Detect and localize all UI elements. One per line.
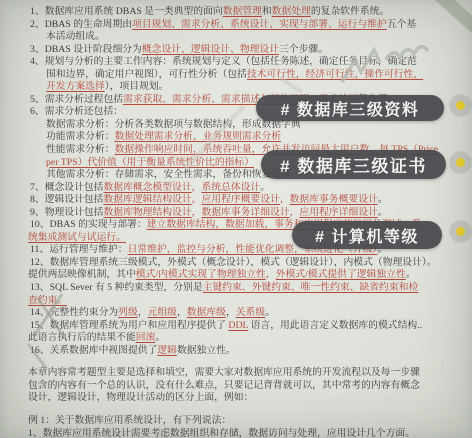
text-segment: 其他需求分析：存储需求，安全性需求，备份和恢复需求 bbox=[46, 169, 291, 180]
text-segment: 外模式/模式提供了逻辑独立性 bbox=[276, 269, 406, 280]
text-segment: 。 bbox=[406, 269, 416, 280]
text-line: 功能需求分析：数据处理需求分析，业务规则需求分析 bbox=[0, 131, 472, 144]
text-segment: 设计，逻辑设计，物理设计活动的区分上面，例如： bbox=[28, 392, 253, 403]
yellow-dot-icon bbox=[450, 152, 471, 173]
text-segment: 数据独立性。 bbox=[177, 345, 236, 356]
tag-label: # 数据库三级证书 bbox=[280, 152, 427, 177]
text-segment: 关系级 bbox=[236, 307, 265, 318]
text-segment: 数据库级 bbox=[187, 307, 226, 318]
text-segment: 本章内容常考题型主要是选择和填空，需要大家对数据库应用系统的开发流程以及每一步骤 bbox=[28, 367, 420, 378]
text-segment: 数据库逻辑结构设计 bbox=[103, 194, 191, 205]
text-line: 7、概念设计包括数据库概念模型设计，系统总体设计。 bbox=[0, 182, 472, 195]
text-line: 设计，逻辑设计，物理设计活动的区分上面，例如： bbox=[0, 392, 472, 405]
tag-badge-database-l3-materials[interactable]: # 数据库三级资料 bbox=[256, 95, 444, 121]
text-segment: 。 bbox=[265, 307, 275, 318]
yellow-dot-icon bbox=[450, 221, 471, 242]
text-segment: 数据需求分析：分析各类数据项与数据结构，形成数据字典 bbox=[46, 119, 301, 130]
text-line: 12、数据库管理系统三级模式，外模式（概念设计），模式（逻辑设计），内模式（物理… bbox=[0, 257, 472, 270]
text-segment: ， bbox=[192, 194, 202, 205]
text-line: 围和边界，确定用户视图），可行性分析（包括技术可行性，经济可行性，操作可行性， bbox=[0, 69, 472, 82]
text-line: 14、完整性约束分为列级，元组级，数据库级，关系级。 bbox=[0, 307, 472, 320]
text-segment: 数据处理需求分析，业务规则需求分析 bbox=[115, 131, 282, 142]
text-segment: 14、完整性约束分为 bbox=[30, 307, 118, 318]
dot-core bbox=[456, 227, 465, 236]
text-line: 例 1：关于数据库应用系统设计，有下列说法： bbox=[0, 415, 472, 428]
text-line: 1、数据库应用系统 DBAS 是一类典型的面向数据管理和数据处理的复杂软件系统。 bbox=[0, 6, 472, 19]
text-segment: ， bbox=[290, 207, 300, 218]
text-segment: 。 bbox=[155, 332, 165, 343]
text-segment: 3、DBAS 设计阶段细分为 bbox=[30, 44, 142, 55]
text-segment: 统集成测试与试运行。 bbox=[28, 232, 126, 243]
text-segment: 技术可行性，经济可行性，操作可行性， bbox=[247, 69, 423, 80]
text-segment: 语言，用此语言定义数据库的模式结构.. bbox=[248, 320, 422, 331]
text-segment: 15、数据库管理系统为用户和应用程序提供了 bbox=[30, 320, 228, 331]
tag-label: # 数据库三级资料 bbox=[281, 97, 420, 120]
text-line: 包含的内容有一个总的认识，没有什么难点，只要记记背背就可以，其中常考的内容有概念 bbox=[0, 380, 472, 393]
text-segment: ， bbox=[280, 194, 290, 205]
text-segment: 主键约束、外键约束、唯一性约束、缺省约束和检 bbox=[203, 282, 419, 293]
text-segment: 提供两层映像机制，其中 bbox=[28, 269, 136, 280]
text-segment: 4、规划与分析的主要工作内容：系统规划与定义（包括任务陈述，确定任务目标，确定范 bbox=[30, 56, 417, 67]
text-segment: ， bbox=[192, 182, 202, 193]
text-line: 15、数据库管理系统为用户和应用程序提供了 DDL 语言，用此语言定义数据库的模… bbox=[0, 320, 472, 333]
text-segment: ， bbox=[138, 307, 148, 318]
text-segment: 数据处理 bbox=[272, 6, 311, 17]
text-line: 8、逻辑设计包括数据库逻辑结构设计，应用程序概要设计，数据库事务概要设计。 bbox=[0, 194, 472, 207]
text-line: 9、物理设计包括数据库物理结构设计，数据库事务详细设计，应用程序详细设计。 bbox=[0, 207, 472, 220]
text-segment: 5、需求分析过程包括 bbox=[30, 94, 123, 105]
text-segment: 围和边界，确定用户视图），可行性分析（包括 bbox=[46, 69, 247, 80]
text-segment: 五个基 bbox=[387, 19, 416, 30]
tag-label: # 计算机等级 bbox=[315, 224, 419, 247]
text-segment: 6、需求分析还包括： bbox=[30, 106, 123, 117]
text-segment: 元组级 bbox=[148, 307, 177, 318]
text-segment: 功能需求分析： bbox=[46, 131, 115, 142]
text-segment: ， bbox=[192, 207, 202, 218]
text-segment: 本活动组成。 bbox=[46, 31, 105, 42]
text-segment: 系统总体设计 bbox=[201, 182, 260, 193]
text-segment: 项目规划、需求分析、系统设计、实现与部署、运行与维护 bbox=[132, 19, 387, 30]
text-segment: 。 bbox=[378, 207, 388, 218]
text-line: 16、关系数据库中视图提供了逻辑数据独立性。 bbox=[0, 345, 472, 358]
dot-core bbox=[456, 158, 465, 167]
text-segment: 概念设计、逻辑设计、物理设计 bbox=[142, 44, 279, 55]
text-segment: ， bbox=[226, 307, 236, 318]
text-segment: 12、数据库管理系统三级模式，外模式（概念设计），模式（逻辑设计），内模式（物理… bbox=[30, 257, 437, 268]
text-line: 3、DBAS 设计阶段细分为概念设计、逻辑设计、物理设计三个步骤。 bbox=[0, 44, 472, 57]
text-segment: 7、概念设计包括 bbox=[30, 182, 103, 193]
text-segment: 和 bbox=[262, 6, 272, 17]
text-segment: 性能需求分析： bbox=[46, 144, 115, 155]
tag-badge-database-l3-certificate[interactable]: # 数据库三级证书 bbox=[261, 150, 446, 179]
text-line: 本章内容常考题型主要是选择和填空，需要大家对数据库应用系统的开发流程以及每一步骤 bbox=[0, 367, 472, 380]
text-segment: 2、DBAS 的生命周期由 bbox=[30, 19, 132, 30]
text-segment: 此语言执行后的结果不能 bbox=[28, 332, 136, 343]
text-segment: 例 1：关于数据库应用系统设计，有下列说法： bbox=[28, 415, 231, 426]
text-segment: 9、物理设计包括 bbox=[30, 207, 103, 218]
text-segment: 开发方案选择 bbox=[46, 81, 105, 92]
text-segment: 包含的内容有一个总的认识，没有什么难点，只要记记背背就可以，其中常考的内容有概念 bbox=[28, 380, 420, 391]
text-segment: 1、数据库应用系统 DBAS 是一类典型的面向 bbox=[30, 6, 223, 17]
text-segment: 的复杂软件系统。 bbox=[311, 6, 389, 17]
text-segment: 逻辑 bbox=[157, 345, 177, 356]
text-segment: 8、逻辑设计包括 bbox=[30, 194, 103, 205]
text-segment: 数据库事务概要设计 bbox=[290, 194, 378, 205]
text-segment: 模式/内模式实现了物理独立性 bbox=[136, 269, 266, 280]
text-segment: 13、SQL Sever 有 5 种约束类型，分别是 bbox=[30, 282, 203, 293]
text-line: 1、数据库应用系统设计需要考虑数据组织和存储，数据访问与处理，应用设计几个方面。 bbox=[0, 428, 472, 438]
text-segment: DDL bbox=[228, 320, 248, 331]
text-segment: ），项目规划。 bbox=[105, 81, 169, 92]
dot-core bbox=[456, 101, 465, 110]
text-segment: 数据库事务详细设计 bbox=[201, 207, 289, 218]
text-line: 本活动组成。 bbox=[0, 31, 472, 44]
tag-badge-computer-rank-exam[interactable]: # 计算机等级 bbox=[292, 221, 442, 249]
text-segment: ， bbox=[177, 307, 187, 318]
text-segment: 回滚 bbox=[136, 332, 156, 343]
text-line: 查约束。 bbox=[0, 295, 472, 308]
text-line: 开发方案选择），项目规划。 bbox=[0, 81, 472, 94]
text-segment: 11、运行管理与维护： bbox=[30, 244, 128, 255]
text-segment: 1、数据库应用系统设计需要考虑数据组织和存储，数据访问与处理，应用设计几个方面。 bbox=[28, 428, 415, 438]
text-segment: 应用程序详细设计 bbox=[299, 207, 377, 218]
text-segment: 。 bbox=[378, 194, 388, 205]
yellow-dot-icon bbox=[450, 95, 471, 116]
text-line: 13、SQL Sever 有 5 种约束类型，分别是主键约束、外键约束、唯一性约… bbox=[0, 282, 472, 295]
text-segment: 三个步骤。 bbox=[279, 44, 328, 55]
text-line: 4、规划与分析的主要工作内容：系统规划与定义（包括任务陈述，确定任务目标，确定范 bbox=[0, 56, 472, 69]
text-segment: 10、DBAS 的实现与部署： bbox=[30, 219, 147, 230]
text-segment: 数据管理 bbox=[223, 6, 262, 17]
text-segment: 。 bbox=[260, 182, 270, 193]
photo-note: { "colors": { "paper": "#dfe2da", "ink":… bbox=[0, 0, 472, 438]
text-line: 此语言执行后的结果不能回滚。 bbox=[0, 332, 472, 345]
text-segment: per TPS）代价值（用于衡量系统性价比的指标） bbox=[46, 157, 254, 168]
text-segment: 16、关系数据库中视图提供了 bbox=[30, 345, 157, 356]
text-segment: 查约束。 bbox=[28, 295, 67, 306]
text-line: 提供两层映像机制，其中模式/内模式实现了物理独立性，外模式/模式提供了逻辑独立性… bbox=[0, 269, 472, 282]
text-segment: ， bbox=[266, 269, 276, 280]
text-segment: 应用程序概要设计 bbox=[201, 194, 279, 205]
text-segment: 数据库概念模型设计 bbox=[103, 182, 191, 193]
text-segment: 数据库物理结构设计 bbox=[103, 207, 191, 218]
text-line: 2、DBAS 的生命周期由项目规划、需求分析、系统设计、实现与部署、运行与维护五… bbox=[0, 19, 472, 32]
photo-content: 1、数据库应用系统 DBAS 是一类典型的面向数据管理和数据处理的复杂软件系统。… bbox=[0, 0, 472, 438]
text-segment: 列级 bbox=[118, 307, 138, 318]
